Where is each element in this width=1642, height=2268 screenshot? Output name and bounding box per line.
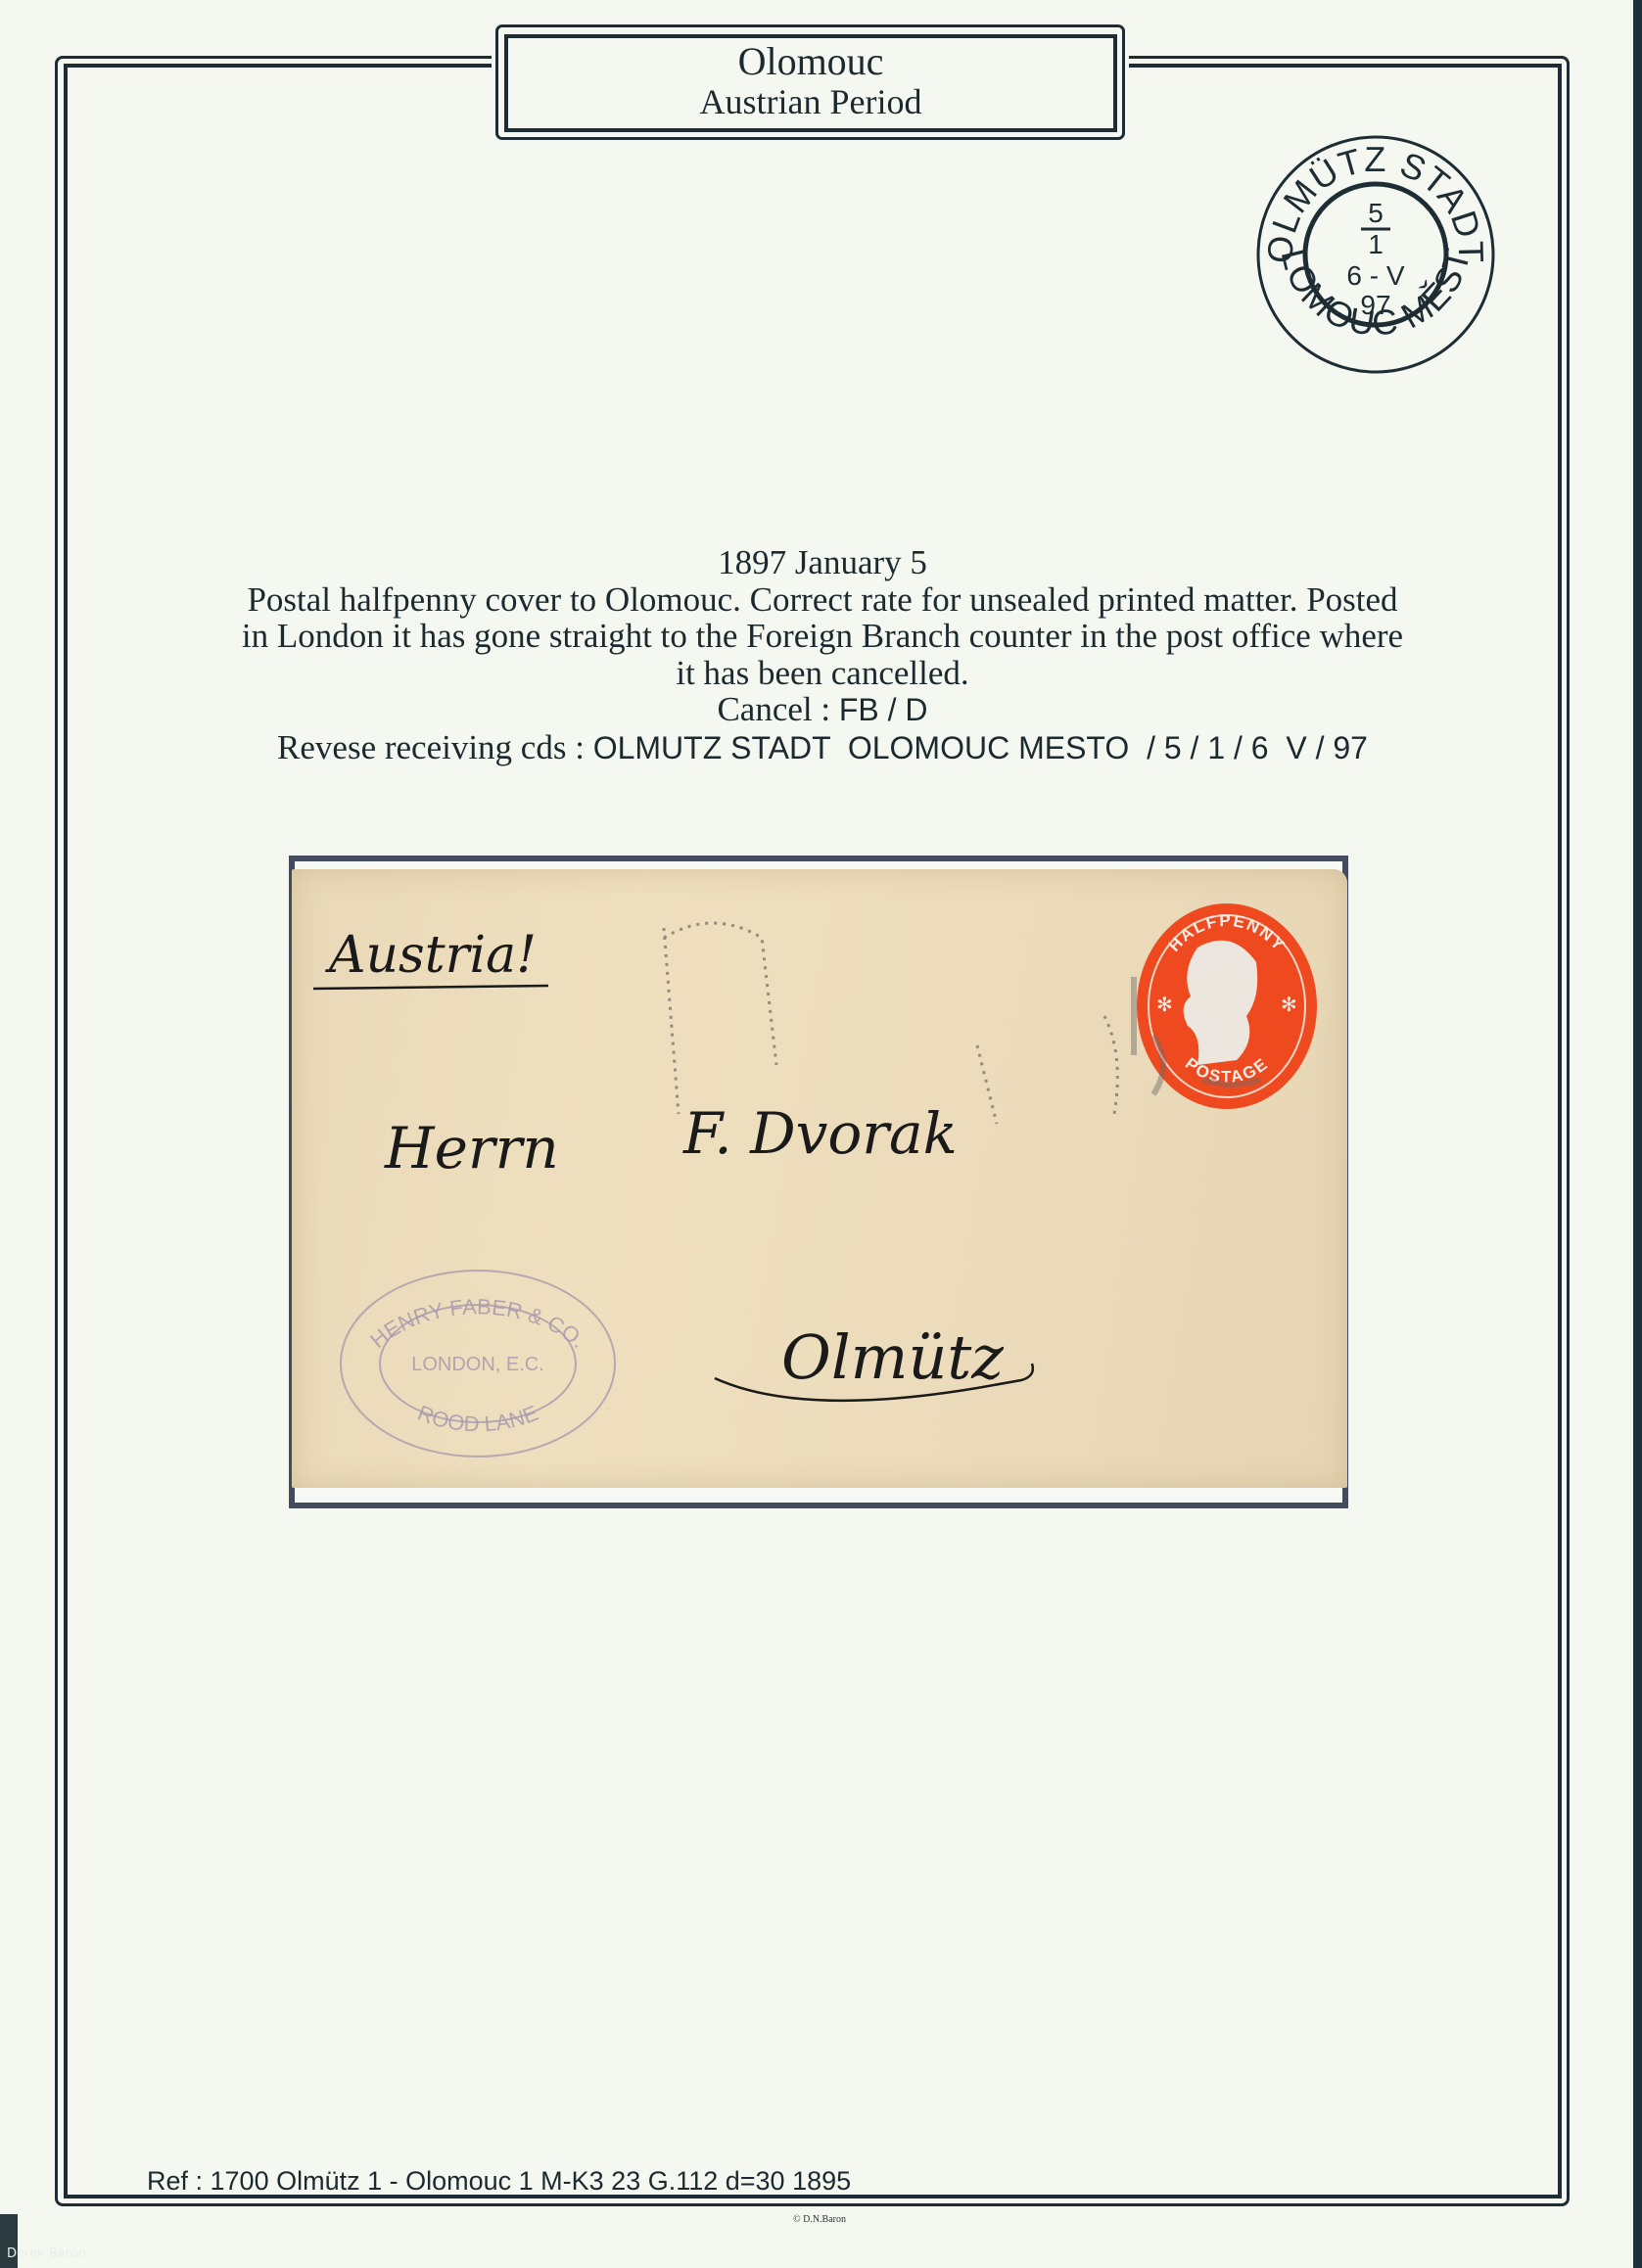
ornament-right-icon: ✻ <box>1281 993 1297 1016</box>
description-line-3: it has been cancelled. <box>137 655 1508 692</box>
address-name: F. Dvorak <box>682 1100 958 1167</box>
fb-d-cancel-mark <box>664 923 1117 1124</box>
svg-text:HENRY FABER & CO.: HENRY FABER & CO. <box>365 1294 590 1353</box>
copyright: © D.N.Baron <box>793 2214 846 2225</box>
receiving-cds-postmark: OLMÜTZ STADT OLOMOUC MĚSTO 5 1 6 - V 97 <box>1253 132 1498 377</box>
cancel-value: FB / D <box>839 692 928 727</box>
description-line-2: in London it has gone straight to the Fo… <box>137 618 1508 655</box>
cds-month: 1 <box>1368 229 1384 259</box>
reverse-cds-label: Revese receiving cds : <box>277 728 585 766</box>
cds-year: 97 <box>1360 290 1390 320</box>
cancel-line: Cancel : FB / D <box>137 691 1508 729</box>
cds-time: 6 - V <box>1346 260 1404 291</box>
cds-day: 5 <box>1368 198 1384 228</box>
watermark: Derek Baron <box>7 2246 86 2261</box>
envelope-artwork: Austria! Herrn F. Dvorak Olmütz HENRY FA… <box>292 869 1347 1488</box>
handstamp-center-text: LONDON, E.C. <box>411 1354 544 1375</box>
cover-description: 1897 January 5 Postal halfpenny cover to… <box>137 544 1508 766</box>
reverse-cds-line: Revese receiving cds : OLMUTZ STADT OLOM… <box>137 729 1508 767</box>
postal-stationery-envelope: Austria! Herrn F. Dvorak Olmütz HENRY FA… <box>292 869 1347 1488</box>
reference-line: Ref : 1700 Olmütz 1 - Olomouc 1 M-K3 23 … <box>147 2166 851 2197</box>
ornament-left-icon: ✻ <box>1156 993 1173 1016</box>
description-line-1: Postal halfpenny cover to Olomouc. Corre… <box>137 581 1508 619</box>
cover-date: 1897 January 5 <box>137 544 1508 581</box>
page-title: Olomouc <box>508 40 1113 83</box>
cancel-label: Cancel : <box>717 690 830 728</box>
header-box-inner: Olomouc Austrian Period <box>504 34 1117 132</box>
address-herrn: Herrn <box>384 1115 559 1181</box>
address-city: Olmütz <box>781 1321 1004 1393</box>
handstamp-top-text: HENRY FABER & CO. <box>365 1294 590 1353</box>
page-subtitle: Austrian Period <box>508 83 1113 120</box>
manuscript-austria: Austria! <box>325 926 537 985</box>
reverse-cds-value: OLMUTZ STADT OLOMOUC MESTO / 5 / 1 / 6 V… <box>593 730 1368 765</box>
scan-edge-right <box>1633 0 1642 2268</box>
handstamp-bottom-text: ROOD LANE <box>414 1401 541 1437</box>
svg-text:ROOD LANE: ROOD LANE <box>414 1401 541 1437</box>
